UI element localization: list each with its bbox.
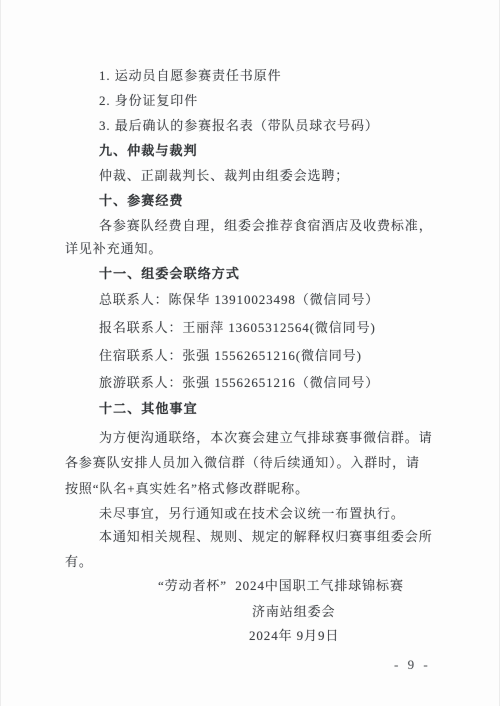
- attachment-list-item-1: 1. 运动员自愿参赛责任书原件: [99, 68, 282, 84]
- section9-body: 仲裁、正副裁判长、裁判由组委会选聘；: [99, 168, 349, 184]
- contact-registration: 报名联系人：王丽萍 13605312564(微信同号): [99, 320, 376, 336]
- section12-para3-line1: 本通知相关规程、规则、规定的解释权归赛事组委会所: [99, 529, 433, 545]
- section11-heading: 十一、组委会联络方式: [99, 266, 240, 282]
- signature-organizer-line1: “劳动者杯” 2024中国职工气排球锦标赛: [158, 578, 404, 594]
- section12-para1-line1: 为方便沟通联络，本次赛会建立气排球赛事微信群。请: [99, 430, 433, 446]
- page-number: - 9 -: [394, 657, 431, 673]
- section9-heading: 九、仲裁与裁判: [99, 143, 198, 159]
- document-page: 1. 运动员自愿参赛责任书原件 2. 身份证复印件 3. 最后确认的参赛报名表（…: [0, 0, 500, 706]
- section12-para1-line2: 各参赛队安排人员加入微信群（待后续通知）。入群时，请: [65, 455, 420, 471]
- section12-para2-line1: 未尽事宜，另行通知或在技术会议统一布置执行。: [99, 506, 405, 522]
- section10-heading: 十、参赛经费: [99, 193, 184, 209]
- signature-date: 2024年 9月9日: [249, 628, 339, 644]
- section10-body-line1: 各参赛队经费自理，组委会推荐食宿酒店及收费标准，: [99, 218, 433, 234]
- signature-organizer-line2: 济南站组委会: [252, 604, 335, 620]
- section12-heading: 十二、其他事宜: [99, 401, 198, 417]
- contact-travel: 旅游联系人：张强 15562651216（微信同号）: [99, 375, 379, 391]
- attachment-list-item-3: 3. 最后确认的参赛报名表（带队员球衣号码）: [99, 118, 379, 134]
- contact-general: 总联系人：陈保华 13910023498（微信同号）: [99, 292, 379, 308]
- scan-edge-left: [0, 0, 1, 706]
- section12-para3-line2: 有。: [65, 554, 93, 570]
- section12-para1-line3: 按照“队名+真实姓名”格式修改群昵称。: [65, 481, 309, 497]
- section10-body-line2: 详见补充通知。: [65, 241, 162, 257]
- attachment-list-item-2: 2. 身份证复印件: [99, 93, 198, 109]
- contact-lodging: 住宿联系人：张强 15562651216(微信同号): [99, 348, 362, 364]
